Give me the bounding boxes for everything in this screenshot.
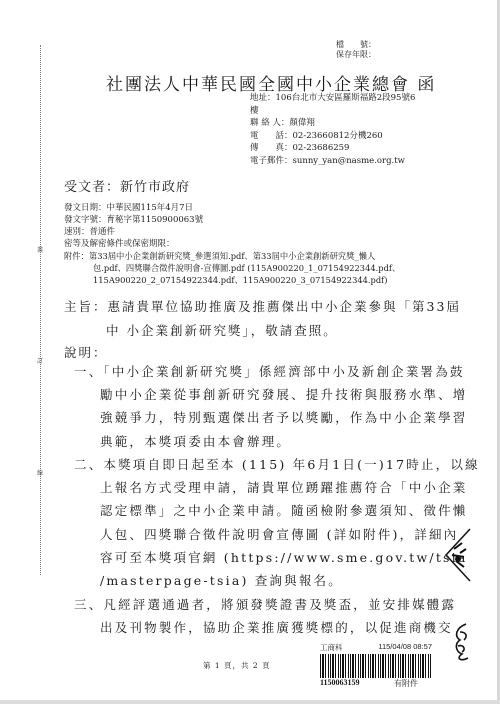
delivery-speed: 速別：普通件 [64,226,203,238]
sender-contact-block: 地址：106台北市大安區羅斯福路2段95號6 樓 聯 絡 人：顏偉翔 電 話：0… [250,92,415,167]
binding-mark-zhuang: 裝 [37,245,43,254]
website-link-line-1[interactable]: 容可至本獎項官網 (https://www.sme.gov.tw/tsia [74,546,480,569]
description-item-2: 二、本獎項自即日起至本 (115) 年6月1日(一)17時止，以線 上報名方式受… [74,453,480,592]
document-page: 裝 訂 線 檔 號： 保存年限： 社團法人中華民國全國中小企業總會 函 地址：1… [0,0,497,700]
phone-row: 電 話：02-23660812分機260 [250,130,415,143]
attachments: 附件：第33屆中小企業創新研究獎_參選須知.pdf、第33屆中小企業創新研究獎_… [64,250,400,286]
description-item-3: 三、凡經評選通過者，將頒發獎證書及獎盃，並安排媒體露 出及刊物製作，協助企業推廣… [74,593,456,639]
barcode-icon [320,654,432,678]
binding-mark-xian: 線 [37,468,43,477]
address-row: 地址：106台北市大安區羅斯福路2段95號6 [250,92,415,105]
receipt-number: 1150063159 [320,678,360,689]
receiver: 受文者：新竹市政府 [64,176,190,195]
description-label: 說明： [64,343,108,361]
header-meta: 檔 號： 保存年限： [336,40,376,60]
contact-person: 顏偉翔 [289,118,315,128]
receipt-note: 有附件 [394,678,418,689]
item-number: 二、 [74,457,103,472]
binding-mark-ding: 訂 [37,356,43,365]
attachments-label: 附件： [64,251,89,261]
item-number: 一、 [74,364,103,379]
page-number: 第 1 頁，共 2 頁 [203,660,271,671]
subject-line-2: 中 小企業創新研究獎」，敬請查照。 [64,319,461,343]
website-link-line-2[interactable]: /masterpage-tsia) 查詢與報名。 [74,569,480,592]
document-number: 發文字號：育秘字第1150900063號 [64,214,203,226]
binding-line [40,45,41,575]
subject: 主旨：惠請貴單位協助推廣及推薦傑出中小企業參與「第33屆 中 小企業創新研究獎」… [64,295,461,343]
secrecy-level: 密等及解密條件或保密期限： [64,238,203,250]
subject-label: 主旨： [64,299,108,314]
email-row: 電子郵件：sunny_yan@nasme.org.tw [250,155,415,168]
address-value: 106台北市大安區羅斯福路2段95號6 [276,93,416,103]
file-number-label: 檔 號： [336,40,376,50]
receipt-datetime: 115/04/08 08:57 [378,642,432,653]
page-edge-bottom [0,700,500,704]
attachment-line-1[interactable]: 第33屆中小企業創新研究獎_參選須知.pdf、第33屆中小企業創新研究獎_懶人 [89,251,375,261]
seal-stamp-icon [444,527,472,583]
seal-stamp-icon-2 [452,622,472,662]
receipt-dept: 工商科 [320,642,343,653]
fax-value: 02-23686259 [293,143,350,153]
item-number: 三、 [74,597,103,612]
retention-label: 保存年限： [336,50,376,60]
document-info: 發文日期：中華民國115年4月7日 發文字號：育秘字第1150900063號 速… [64,202,203,250]
subject-line-1: 惠請貴單位協助推廣及推薦傑出中小企業參與「第33屆 [108,299,461,314]
fax-row: 傳 真：02-23686259 [250,142,415,155]
attachment-line-3[interactable]: 115A900220_2_07154922344.pdf、115A900220_… [64,274,400,286]
address-cont: 樓 [250,105,415,118]
description-item-1: 一、「中小企業創新研究獎」係經濟部中小及新創企業署為鼓 勵中小企業從事創新研究發… [74,360,468,453]
issue-date: 發文日期：中華民國115年4月7日 [64,202,203,214]
email-value: sunny_yan@nasme.org.tw [293,156,405,166]
attachment-line-2[interactable]: 包.pdf、四獎聯合徵件說明會-宣傳圖.pdf (115A900220_1_07… [64,262,400,274]
receipt-barcode: 工商科 115/04/08 08:57 1150063159 有附件 [320,642,432,689]
contact-row: 聯 絡 人：顏偉翔 [250,117,415,130]
phone-value: 02-23660812分機260 [293,131,383,141]
